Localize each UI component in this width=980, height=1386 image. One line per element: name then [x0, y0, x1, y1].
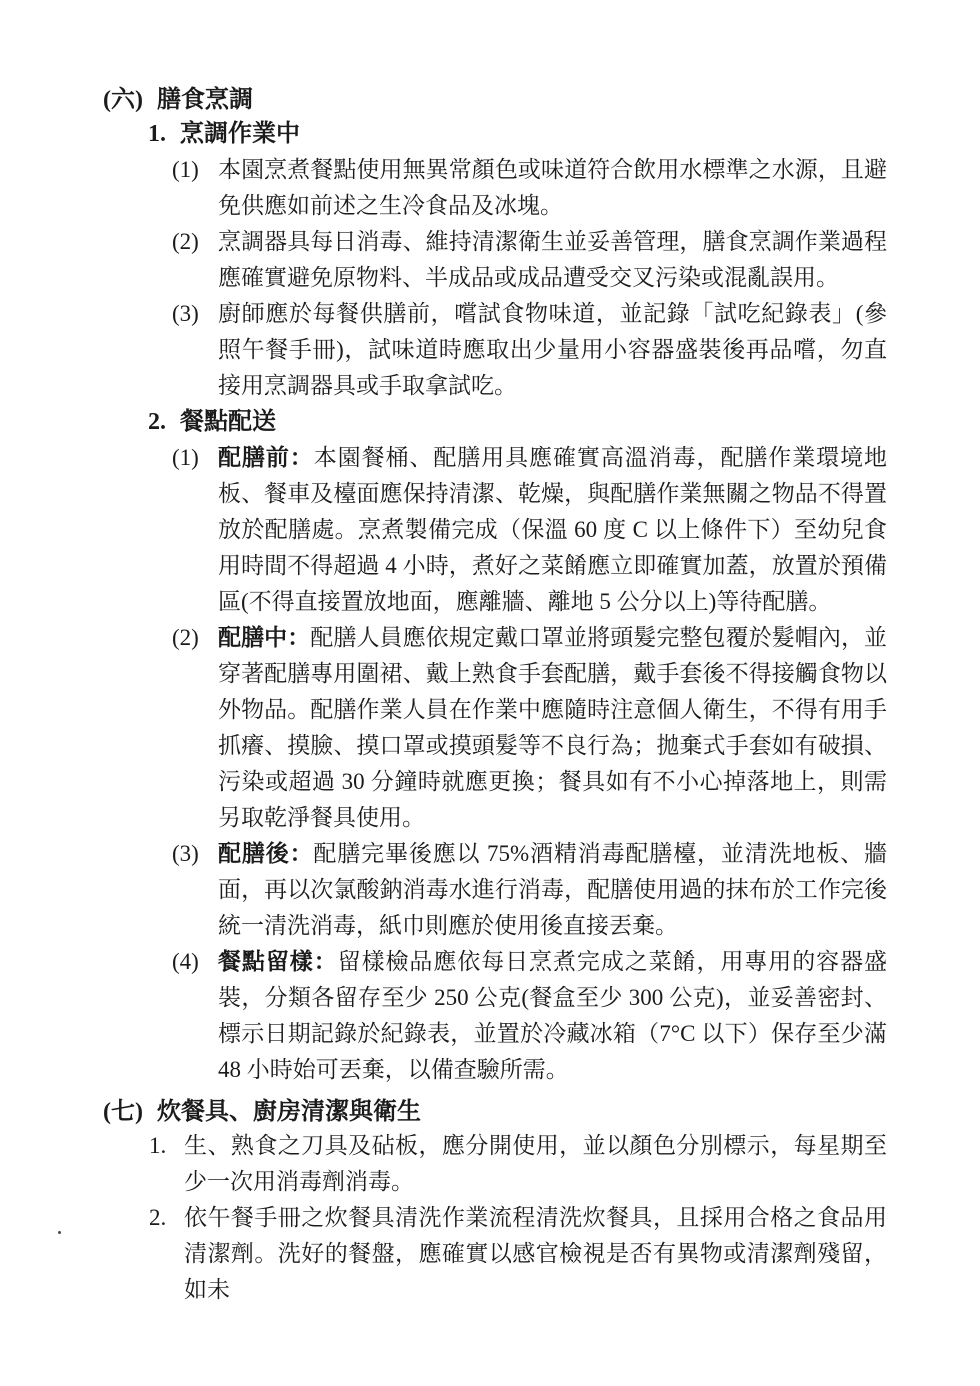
clause-marker: (1) — [172, 152, 218, 224]
clause-marker: (1) — [172, 440, 218, 620]
clause-body: 烹調器具每日消毒、維持清潔衛生並妥善管理，膳食烹調作業過程應確實避免原物料、半成… — [218, 229, 887, 290]
item-text: 生、熟食之刀具及砧板，應分開使用，並以顏色分別標示，每星期至少一次用消毒劑消毒。 — [184, 1128, 887, 1200]
clause-text: 廚師應於每餐供膳前，嚐試食物味道，並記錄「試吃紀錄表」(參照午餐手冊)，試味道時… — [218, 296, 887, 404]
clause-item: (4) 餐點留樣：留樣檢品應依每日烹煮完成之菜餚，用專用的容器盛裝，分類各留存至… — [172, 944, 887, 1088]
subsection-meal-delivery: 2. 餐點配送 (1) 配膳前：本園餐桶、配膳用具應確實高溫消毒，配膳作業環境地… — [103, 404, 887, 1088]
section-heading: (六) 膳食烹調 — [103, 84, 887, 116]
clause-text: 本園烹煮餐點使用無異常顏色或味道符合飲用水標準之水源，且避免供應如前述之生冷食品… — [218, 152, 887, 224]
clause-body: 廚師應於每餐供膳前，嚐試食物味道，並記錄「試吃紀錄表」(參照午餐手冊)，試味道時… — [218, 301, 887, 398]
section-marker: (七) — [103, 1096, 143, 1128]
clause-body: 配膳人員應依規定戴口罩並將頭髮完整包覆於髮帽內，並穿著配膳專用圍裙、戴上熟食手套… — [218, 625, 887, 830]
list-item: 1. 生、熟食之刀具及砧板，應分開使用，並以顏色分別標示，每星期至少一次用消毒劑… — [149, 1128, 887, 1200]
stray-mark — [58, 1231, 61, 1234]
section-title: 膳食烹調 — [157, 84, 253, 116]
clause-marker: (2) — [172, 224, 218, 296]
section-meal-cooking: (六) 膳食烹調 1. 烹調作業中 (1) 本園烹煮餐點使用無異常顏色或味道符合… — [103, 84, 887, 1088]
clause-marker: (4) — [172, 944, 218, 1088]
clause-item: (1) 本園烹煮餐點使用無異常顏色或味道符合飲用水標準之水源，且避免供應如前述之… — [172, 152, 887, 224]
subsection-marker: 1. — [148, 116, 180, 152]
clause-lead: 餐點留樣： — [218, 949, 338, 974]
clause-body: 本園烹煮餐點使用無異常顏色或味道符合飲用水標準之水源，且避免供應如前述之生冷食品… — [218, 157, 887, 218]
clause-text: 配膳前：本園餐桶、配膳用具應確實高溫消毒，配膳作業環境地板、餐車及檯面應保持清潔… — [218, 440, 887, 620]
clause-item: (3) 配膳後：配膳完畢後應以 75%酒精消毒配膳檯，並清洗地板、牆面，再以次氯… — [172, 836, 887, 944]
section-kitchen-hygiene: (七) 炊餐具、廚房清潔與衛生 1. 生、熟食之刀具及砧板，應分開使用，並以顏色… — [103, 1096, 887, 1308]
item-marker: 1. — [149, 1128, 184, 1200]
clause-item: (3) 廚師應於每餐供膳前，嚐試食物味道，並記錄「試吃紀錄表」(參照午餐手冊)，… — [172, 296, 887, 404]
clause-marker: (3) — [172, 836, 218, 944]
clause-text: 餐點留樣：留樣檢品應依每日烹煮完成之菜餚，用專用的容器盛裝，分類各留存至少 25… — [218, 944, 887, 1088]
clause-marker: (2) — [172, 620, 218, 836]
clause-lead: 配膳中： — [218, 625, 310, 650]
clause-marker: (3) — [172, 296, 218, 404]
clause-text: 烹調器具每日消毒、維持清潔衛生並妥善管理，膳食烹調作業過程應確實避免原物料、半成… — [218, 224, 887, 296]
clause-item: (1) 配膳前：本園餐桶、配膳用具應確實高溫消毒，配膳作業環境地板、餐車及檯面應… — [172, 440, 887, 620]
list-item: 2. 依午餐手冊之炊餐具清洗作業流程清洗炊餐具，且採用合格之食品用清潔劑。洗好的… — [149, 1200, 887, 1308]
subsection-marker: 2. — [148, 404, 180, 440]
clause-text: 配膳中：配膳人員應依規定戴口罩並將頭髮完整包覆於髮帽內，並穿著配膳專用圍裙、戴上… — [218, 620, 887, 836]
item-text: 依午餐手冊之炊餐具清洗作業流程清洗炊餐具，且採用合格之食品用清潔劑。洗好的餐盤，… — [184, 1200, 887, 1308]
clause-body: 本園餐桶、配膳用具應確實高溫消毒，配膳作業環境地板、餐車及檯面應保持清潔、乾燥，… — [218, 445, 887, 614]
section-title: 炊餐具、廚房清潔與衛生 — [157, 1096, 421, 1128]
clause-lead: 配膳前： — [218, 445, 314, 470]
subsection-cooking-operations: 1. 烹調作業中 (1) 本園烹煮餐點使用無異常顏色或味道符合飲用水標準之水源，… — [103, 116, 887, 404]
subsection-title: 烹調作業中 — [180, 116, 300, 152]
clause-item: (2) 配膳中：配膳人員應依規定戴口罩並將頭髮完整包覆於髮帽內，並穿著配膳專用圍… — [172, 620, 887, 836]
subsection-title: 餐點配送 — [180, 404, 276, 440]
clause-body: 配膳完畢後應以 75%酒精消毒配膳檯，並清洗地板、牆面，再以次氯酸鈉消毒水進行消… — [218, 841, 887, 938]
clause-item: (2) 烹調器具每日消毒、維持清潔衛生並妥善管理，膳食烹調作業過程應確實避免原物… — [172, 224, 887, 296]
subsection-heading: 1. 烹調作業中 — [148, 116, 887, 152]
item-marker: 2. — [149, 1200, 184, 1308]
subsection-heading: 2. 餐點配送 — [148, 404, 887, 440]
clause-text: 配膳後：配膳完畢後應以 75%酒精消毒配膳檯，並清洗地板、牆面，再以次氯酸鈉消毒… — [218, 836, 887, 944]
section-marker: (六) — [103, 84, 143, 116]
section-heading: (七) 炊餐具、廚房清潔與衛生 — [103, 1096, 887, 1128]
document-page: (六) 膳食烹調 1. 烹調作業中 (1) 本園烹煮餐點使用無異常顏色或味道符合… — [0, 0, 980, 1386]
clause-lead: 配膳後： — [218, 841, 313, 866]
